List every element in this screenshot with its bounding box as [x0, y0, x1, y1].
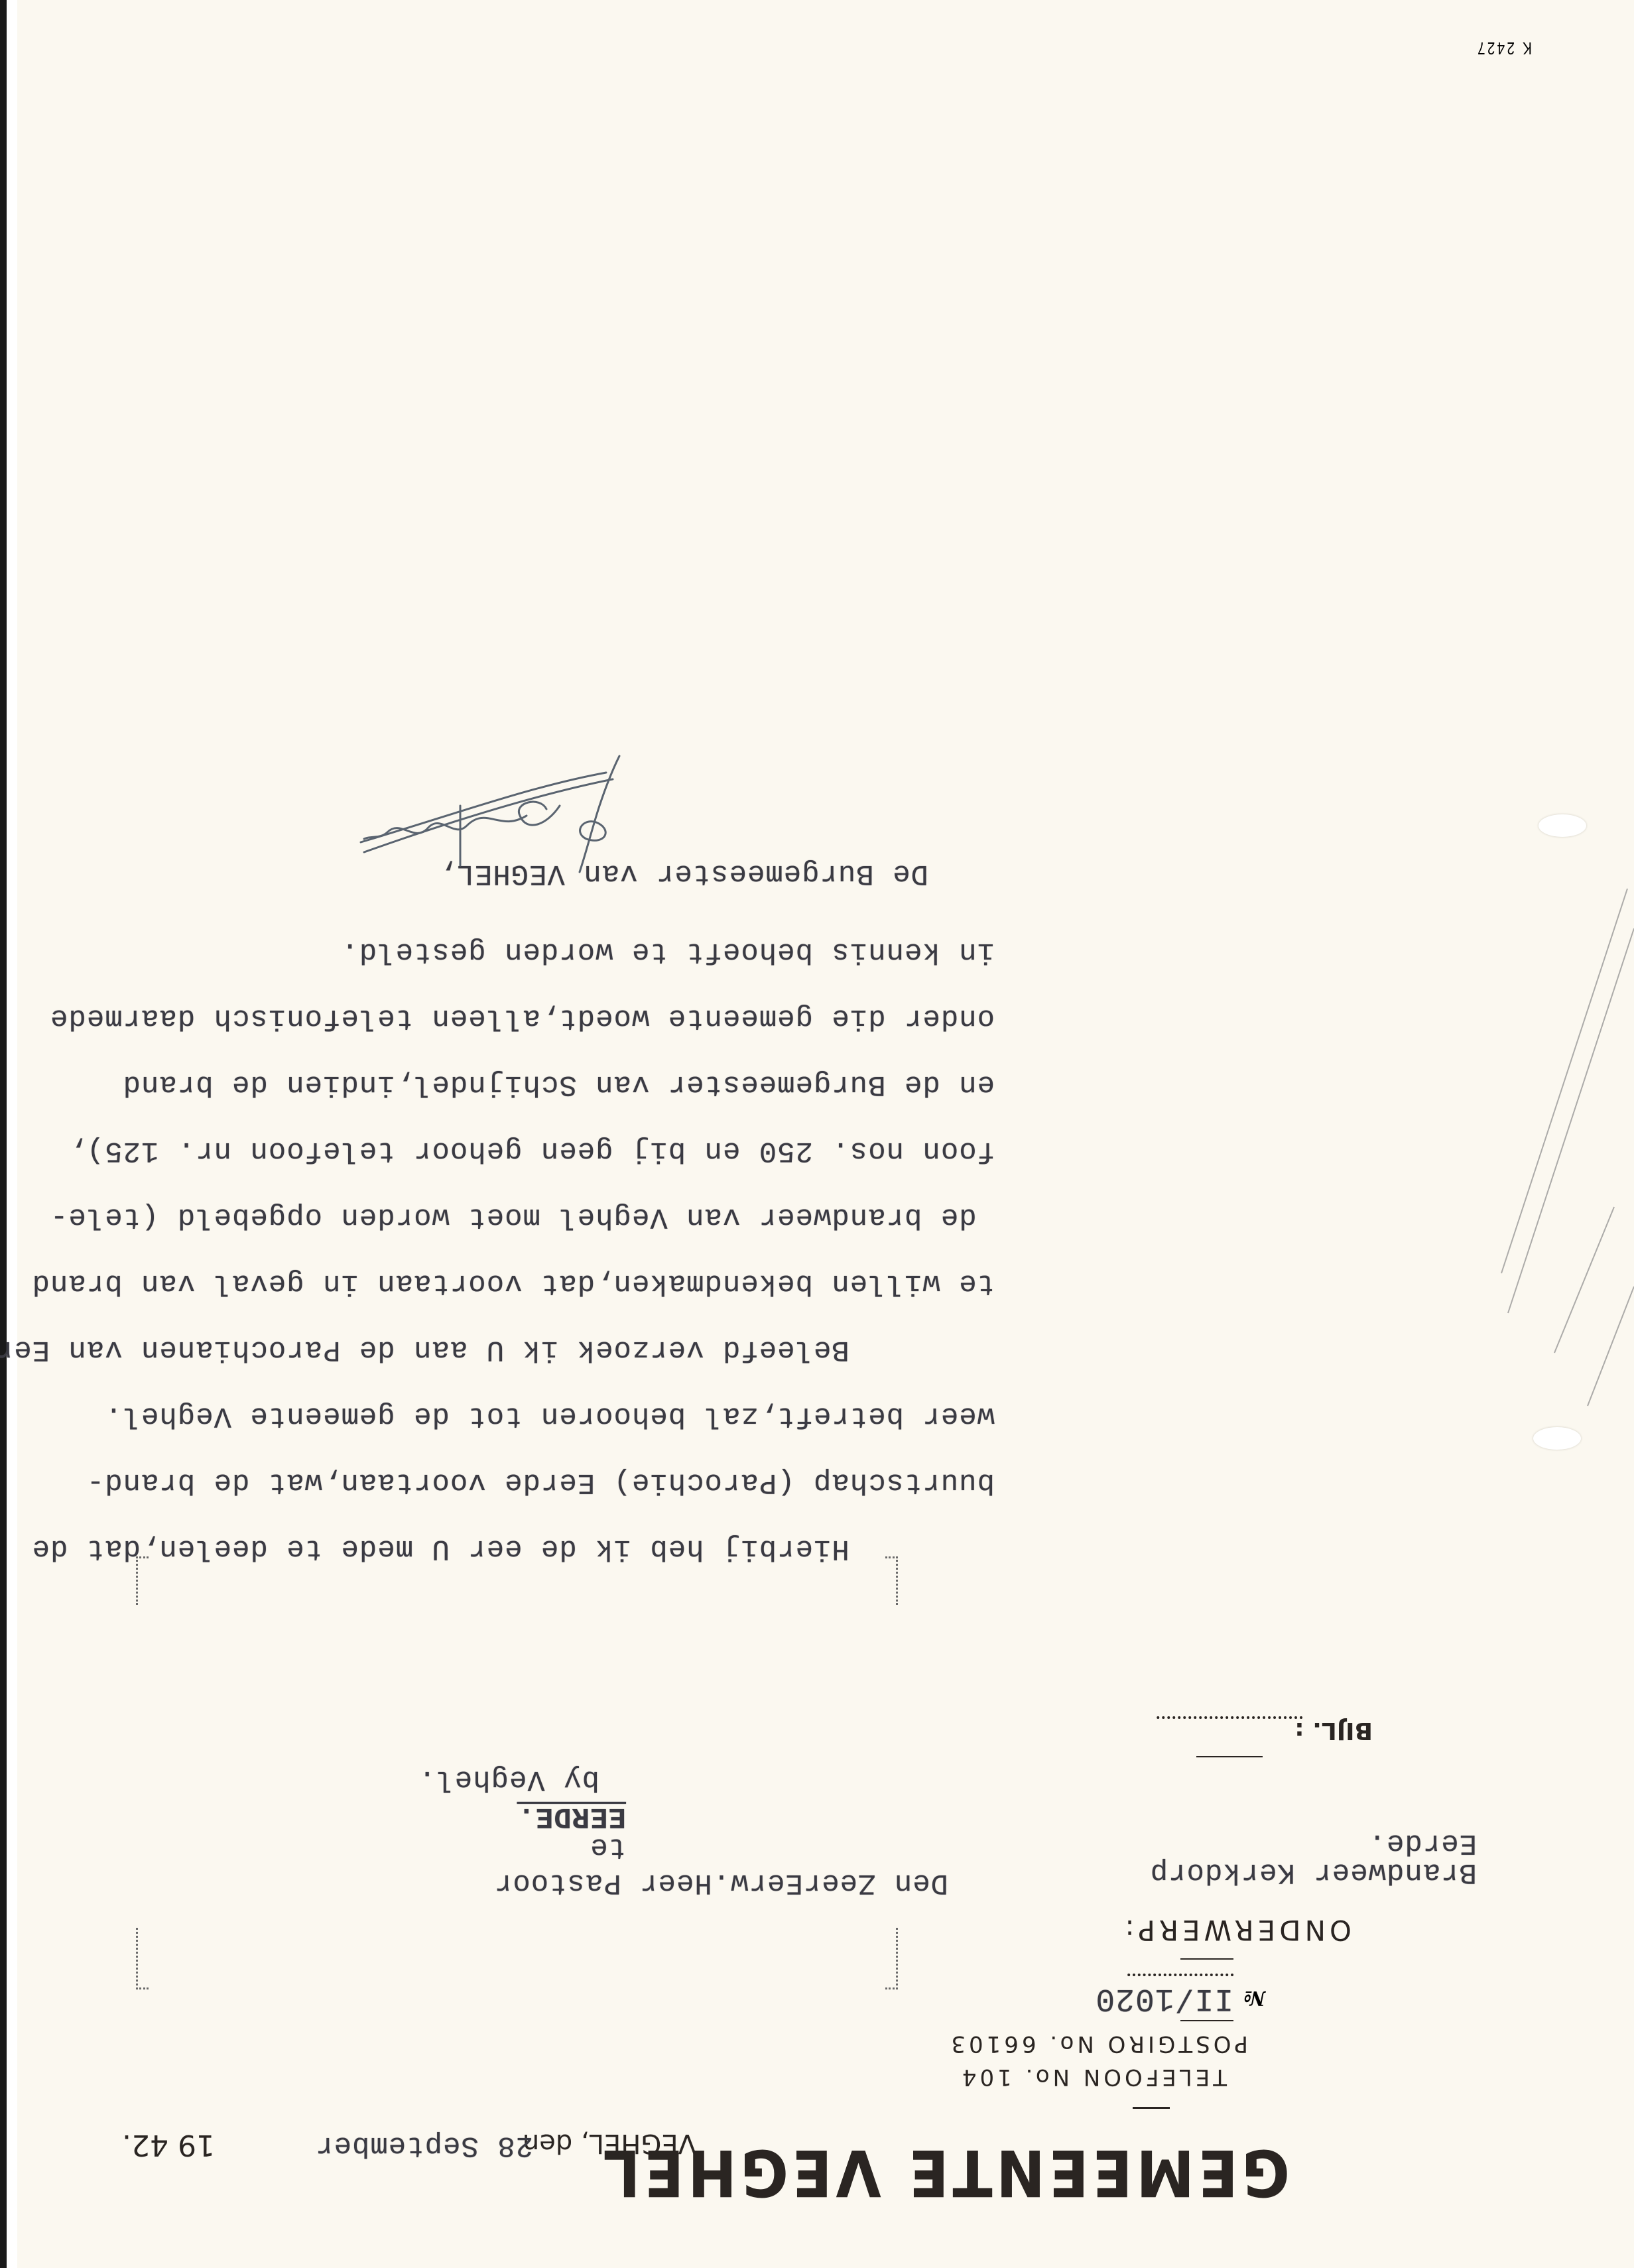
archive-reference: K 2427: [1476, 38, 1532, 58]
letter-page: GEMEENTE VEGHEL TELEFOON No. 104 POSTGIR…: [0, 0, 1634, 2268]
pencil-marks-icon: [0, 0, 1634, 2268]
